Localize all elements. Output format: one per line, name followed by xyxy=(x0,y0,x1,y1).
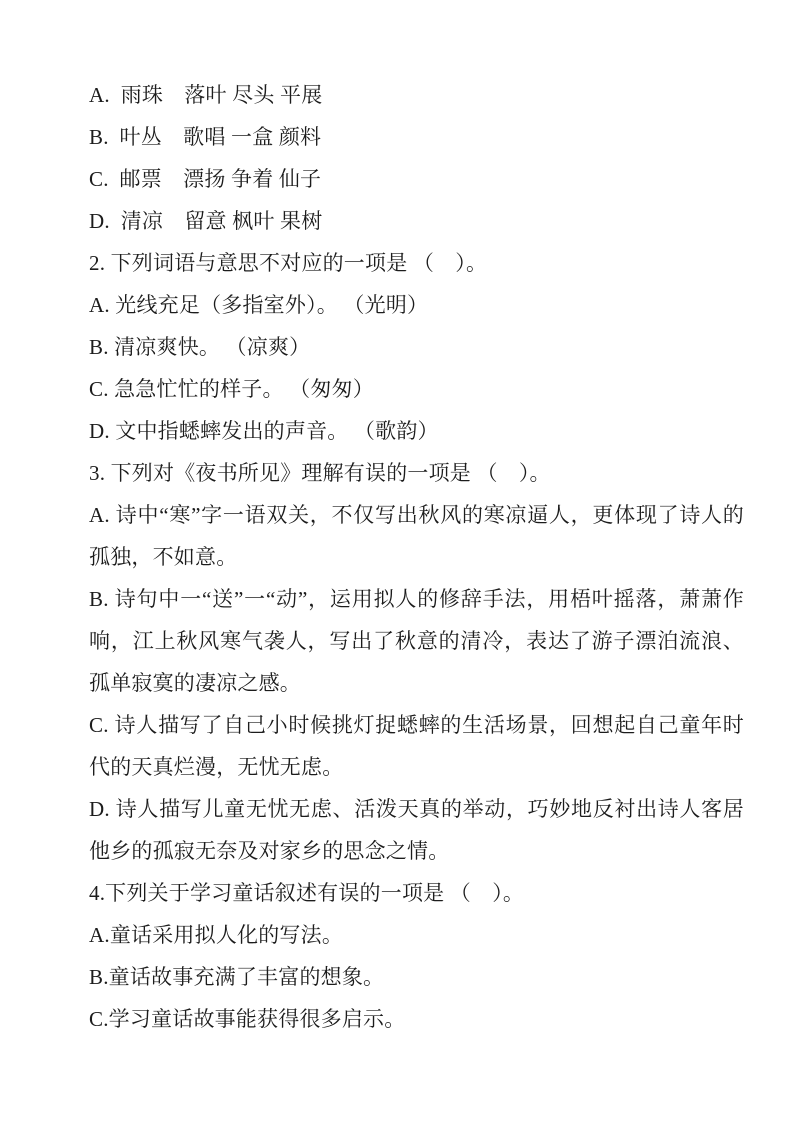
q3-option-d: D. 诗人描写儿童无忧无虑、活泼天真的举动，巧妙地反衬出诗人客居他乡的孤寂无奈及… xyxy=(89,788,744,872)
document-page: A. 雨珠 落叶 尽头 平展 B. 叶丛 歌唱 一盒 颜料 C. 邮票 漂扬 争… xyxy=(89,74,744,1040)
q2-option-d: D. 文中指蟋蟀发出的声音。 （歌韵） xyxy=(89,410,744,452)
q1-option-c: C. 邮票 漂扬 争着 仙子 xyxy=(89,158,744,200)
q2-option-b: B. 清凉爽快。 （凉爽） xyxy=(89,326,744,368)
q3-option-a: A. 诗中“寒”字一语双关，不仅写出秋风的寒凉逼人，更体现了诗人的孤独，不如意。 xyxy=(89,494,744,578)
q4-option-a: A.童话采用拟人化的写法。 xyxy=(89,914,744,956)
q3-option-c: C. 诗人描写了自己小时候挑灯捉蟋蟀的生活场景，回想起自己童年时代的天真烂漫，无… xyxy=(89,704,744,788)
q1-option-a: A. 雨珠 落叶 尽头 平展 xyxy=(89,74,744,116)
q2-option-a: A. 光线充足（多指室外）。 （光明） xyxy=(89,284,744,326)
q4-option-c: C.学习童话故事能获得很多启示。 xyxy=(89,998,744,1040)
q4-option-b: B.童话故事充满了丰富的想象。 xyxy=(89,956,744,998)
q3-option-b: B. 诗句中一“送”一“动”，运用拟人的修辞手法，用梧叶摇落，萧萧作响，江上秋风… xyxy=(89,578,744,704)
q1-option-b: B. 叶丛 歌唱 一盒 颜料 xyxy=(89,116,744,158)
question3-title: 3. 下列对《夜书所见》理解有误的一项是 （ ）。 xyxy=(89,452,744,494)
q1-option-d: D. 清凉 留意 枫叶 果树 xyxy=(89,200,744,242)
q2-option-c: C. 急急忙忙的样子。 （匆匆） xyxy=(89,368,744,410)
question4-title: 4.下列关于学习童话叙述有误的一项是 （ ）。 xyxy=(89,872,744,914)
question2-title: 2. 下列词语与意思不对应的一项是 （ ）。 xyxy=(89,242,744,284)
